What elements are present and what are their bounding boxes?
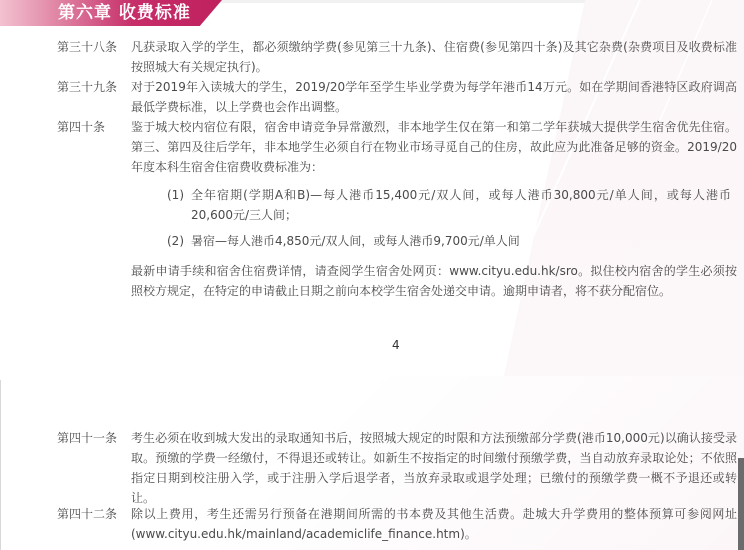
article-label: 第四十条 <box>57 117 129 137</box>
article-body: 对于2019年入读城大的学生，2019/20学年至学生毕业学费为每学年港币14万… <box>131 77 737 117</box>
article-intro: 鉴于城大校内宿位有限，宿舍申请竞争异常激烈，非本地学生仅在第一和第二学年获城大提… <box>131 117 737 177</box>
fee-item-text: 暑宿—每人港币4,850元/双人间，或每人港币9,700元/单人间 <box>191 231 737 251</box>
article-body: 鉴于城大校内宿位有限，宿舍申请竞争异常激烈，非本地学生仅在第一和第二学年获城大提… <box>131 117 737 301</box>
chapter-title: 第六章 收费标准 <box>58 2 191 24</box>
article-label: 第四十二条 <box>57 504 129 524</box>
article-outro: 最新申请手续和宿舍住宿费详情，请查阅学生宿舍处网页：www.cityu.edu.… <box>131 261 737 301</box>
fee-item: (2) 暑宿—每人港币4,850元/双人间，或每人港币9,700元/单人间 <box>131 231 737 251</box>
article-paragraph: 对于2019年入读城大的学生，2019/20学年至学生毕业学费为每学年港币14万… <box>131 77 737 117</box>
page-4: 第六章 收费标准 第三十八条 凡获录取入学的学生，都必须缴纳学费(参见第三十九条… <box>0 0 744 376</box>
scrollbar-thumb[interactable] <box>738 458 744 550</box>
fee-item-number: (2) <box>167 231 191 251</box>
page-number: 4 <box>392 338 400 352</box>
page-5: 第四十一条 考生必须在收到城大发出的录取通知书后，按照城大规定的时限和方法预缴部… <box>0 376 744 550</box>
article-paragraph: 考生必须在收到城大发出的录取通知书后，按照城大规定的时限和方法预缴部分学费(港币… <box>131 428 737 508</box>
article-label: 第三十八条 <box>57 37 129 57</box>
article-label: 第四十一条 <box>57 428 129 448</box>
fee-item: (1) 全年宿期(学期A和B)—每人港币15,400元/双人间，或每人港币30,… <box>131 185 737 225</box>
article-paragraph: 凡获录取入学的学生，都必须缴纳学费(参见第三十九条)、住宿费(参见第四十条)及其… <box>131 37 737 77</box>
fee-item-number: (1) <box>167 185 191 225</box>
article-body: 除以上费用，考生还需另行预备在港期间所需的书本费及其他生活费。赴城大升学费用的整… <box>131 504 737 544</box>
page-edge <box>0 380 1 550</box>
fee-item-text: 全年宿期(学期A和B)—每人港币15,400元/双人间，或每人港币30,800元… <box>191 185 737 225</box>
article-label: 第三十九条 <box>57 77 129 97</box>
article-paragraph: 除以上费用，考生还需另行预备在港期间所需的书本费及其他生活费。赴城大升学费用的整… <box>131 504 737 544</box>
article-body: 考生必须在收到城大发出的录取通知书后，按照城大规定的时限和方法预缴部分学费(港币… <box>131 428 737 508</box>
article-body: 凡获录取入学的学生，都必须缴纳学费(参见第三十九条)、住宿费(参见第四十条)及其… <box>131 37 737 77</box>
